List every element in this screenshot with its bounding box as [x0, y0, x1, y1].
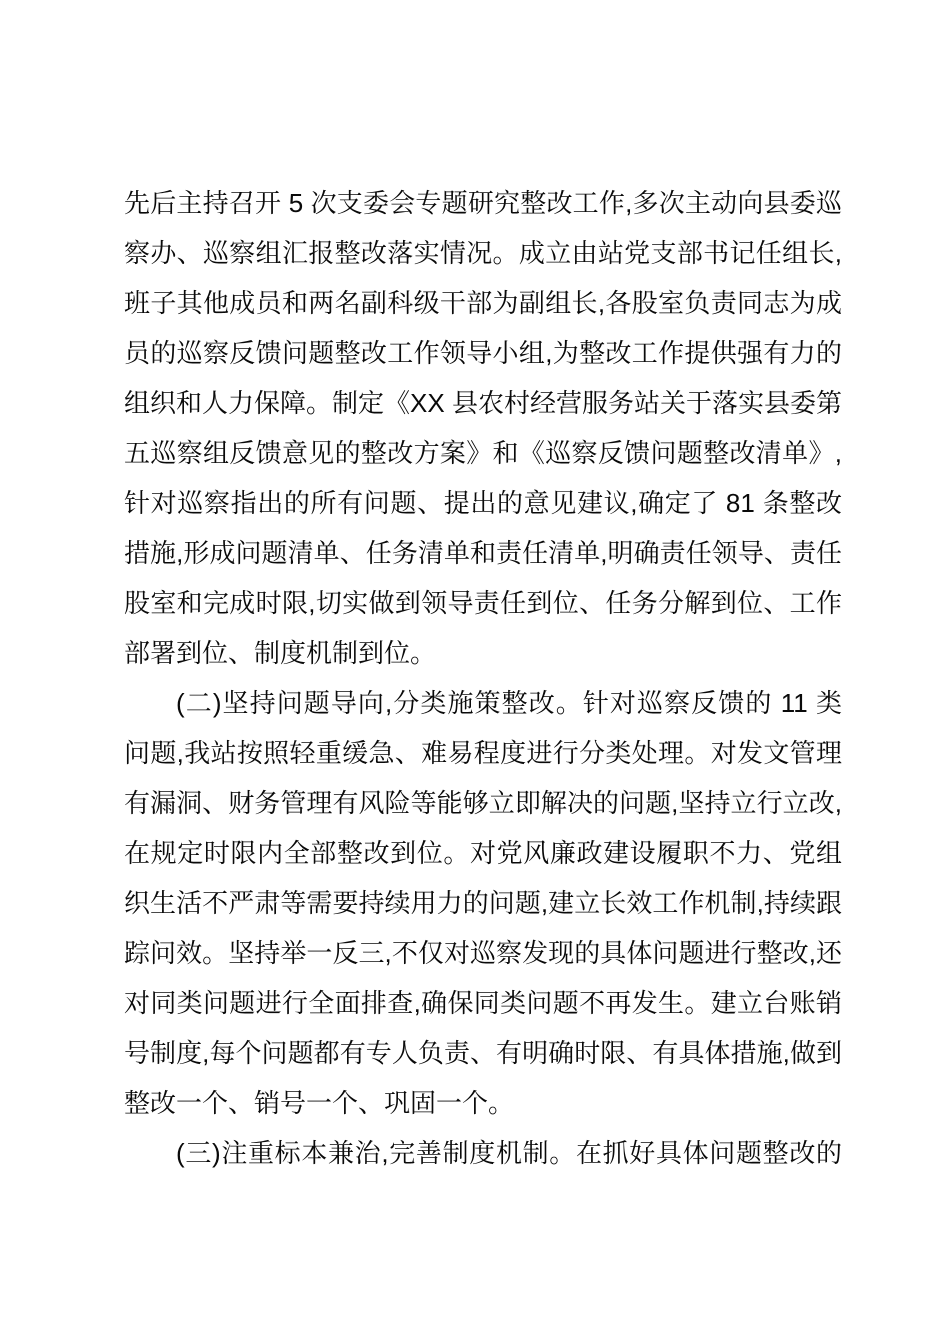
document-line: 对同类问题进行全面排查,确保同类问题不再发生。建立台账销: [124, 978, 842, 1028]
document-line: 班子其他成员和两名副科级干部为副组长,各股室负责同志为成: [124, 278, 842, 328]
document-line: 号制度,每个问题都有专人负责、有明确时限、有具体措施,做到: [124, 1028, 842, 1078]
document-line: 在规定时限内全部整改到位。对党风廉政建设履职不力、党组: [124, 828, 842, 878]
document-line: 问题,我站按照轻重缓急、难易程度进行分类处理。对发文管理: [124, 728, 842, 778]
document-page: 先后主持召开 5 次支委会专题研究整改工作,多次主动向县委巡 察办、巡察组汇报整…: [0, 0, 950, 1344]
document-line: 织生活不严肃等需要持续用力的问题,建立长效工作机制,持续跟: [124, 878, 842, 928]
document-line-paragraph-end: 整改一个、销号一个、巩固一个。: [124, 1078, 842, 1128]
document-line: 员的巡察反馈问题整改工作领导小组,为整改工作提供强有力的: [124, 328, 842, 378]
document-line: 股室和完成时限,切实做到领导责任到位、任务分解到位、工作: [124, 578, 842, 628]
document-line: 措施,形成问题清单、任务清单和责任清单,明确责任领导、责任: [124, 528, 842, 578]
document-line: 五巡察组反馈意见的整改方案》和《巡察反馈问题整改清单》,: [124, 428, 842, 478]
document-line-paragraph-end: 部署到位、制度机制到位。: [124, 628, 842, 678]
document-line: 组织和人力保障。制定《XX 县农村经营服务站关于落实县委第: [124, 378, 842, 428]
document-line: 察办、巡察组汇报整改落实情况。成立由站党支部书记任组长,: [124, 228, 842, 278]
document-line-paragraph-start: (三)注重标本兼治,完善制度机制。在抓好具体问题整改的: [124, 1128, 842, 1178]
document-line: 踪问效。坚持举一反三,不仅对巡察发现的具体问题进行整改,还: [124, 928, 842, 978]
document-line: 有漏洞、财务管理有风险等能够立即解决的问题,坚持立行立改,: [124, 778, 842, 828]
document-line: 先后主持召开 5 次支委会专题研究整改工作,多次主动向县委巡: [124, 178, 842, 228]
document-line-paragraph-start: (二)坚持问题导向,分类施策整改。针对巡察反馈的 11 类: [124, 678, 842, 728]
document-line: 针对巡察指出的所有问题、提出的意见建议,确定了 81 条整改: [124, 478, 842, 528]
